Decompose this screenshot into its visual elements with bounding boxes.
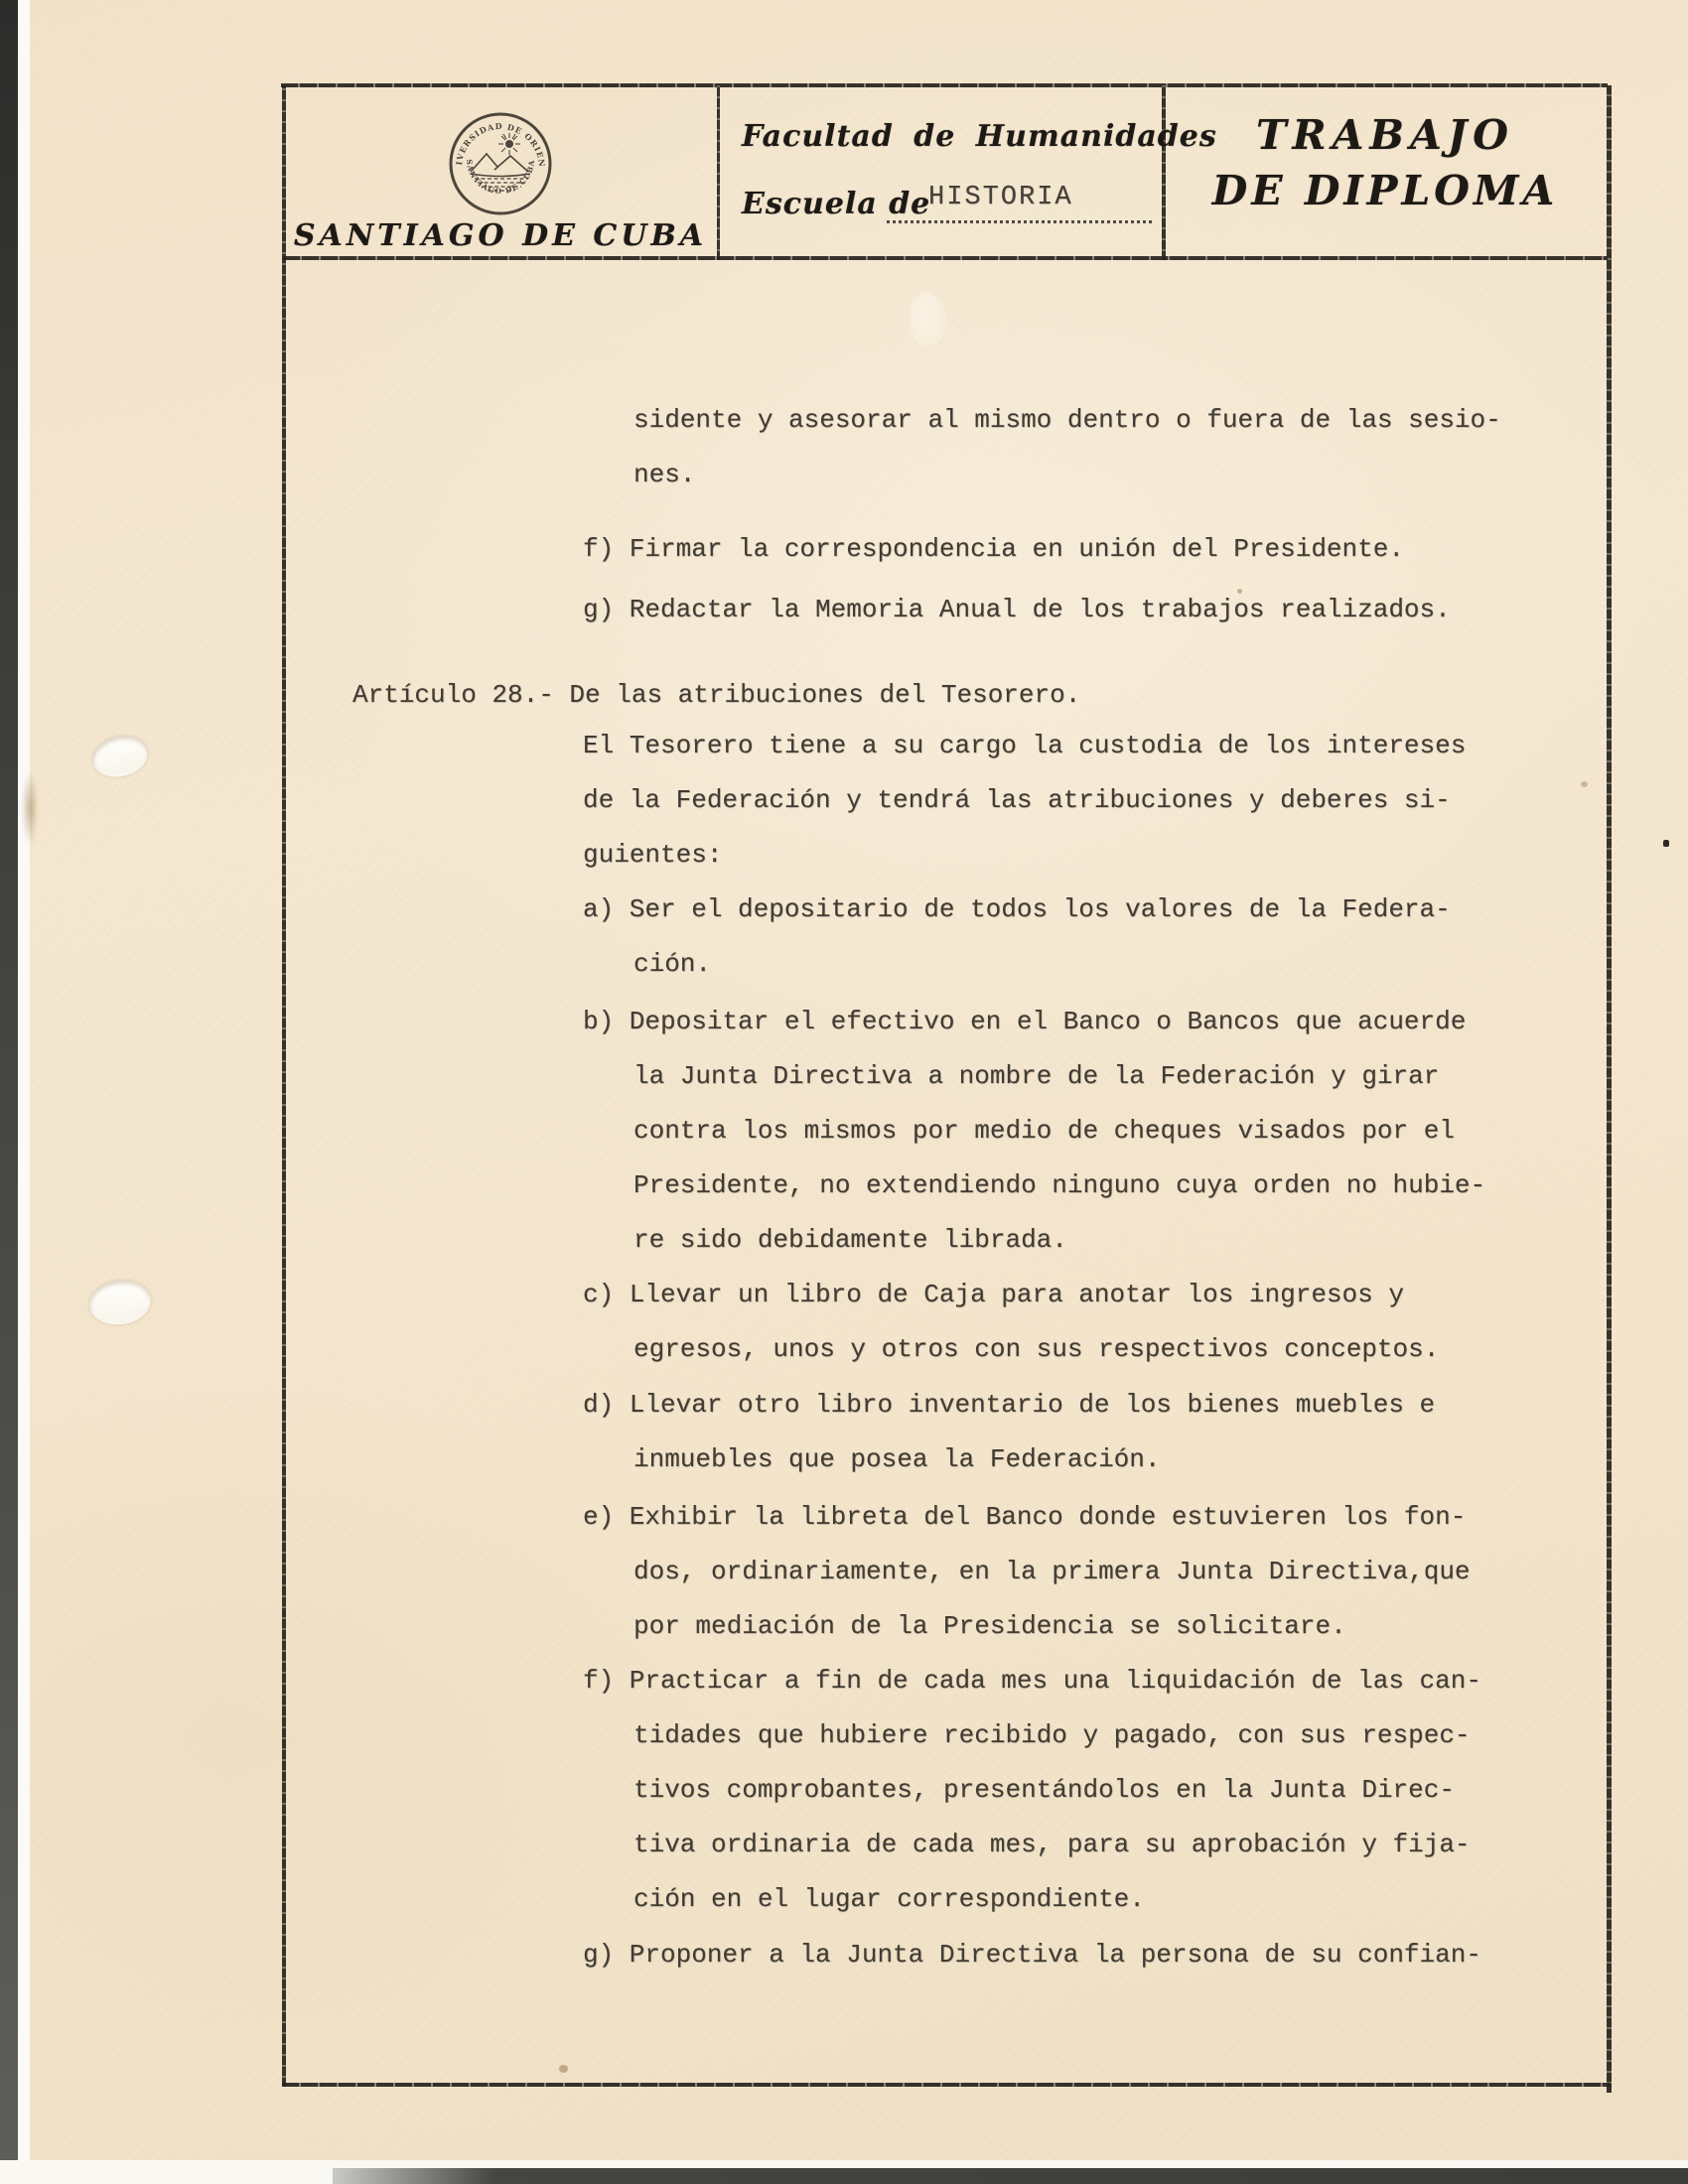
typed-line: b) Depositar el efectivo en el Banco o B… <box>352 995 1604 1049</box>
faculty-line: Facultad de Humanidades <box>742 119 1217 154</box>
university-seal-stamp: UNIVERSIDAD DE ORIENTE SANTIAGO DE CUBA <box>439 102 562 225</box>
whiteout-smudge <box>912 294 943 343</box>
typed-line: f) Firmar la correspondencia en unión de… <box>352 522 1604 577</box>
border-bottom <box>282 2083 1611 2087</box>
typed-lines: sidente y asesorar al mismo dentro o fue… <box>352 393 1604 1982</box>
typed-line: d) Llevar otro libro inventario de los b… <box>352 1378 1604 1433</box>
typed-line: egresos, unos y otros con sus respectivo… <box>352 1322 1604 1377</box>
doc-type-line-2: DE DIPLOMA <box>1163 167 1608 214</box>
typed-line: Presidente, no extendiendo ninguno cuya … <box>352 1159 1604 1213</box>
typed-line: f) Practicar a fin de cada mes una liqui… <box>352 1654 1604 1708</box>
scanned-page: UNIVERSIDAD DE ORIENTE SANTIAGO DE CUBA <box>0 0 1688 2184</box>
edge-stain <box>22 769 38 847</box>
typed-line: re sido debidamente librada. <box>352 1213 1604 1268</box>
typed-line: tidades que hubiere recibido y pagado, c… <box>352 1708 1604 1763</box>
paper-speck-3 <box>1237 589 1242 594</box>
doc-type-line-1: TRABAJO <box>1163 111 1608 159</box>
typed-line: Artículo 28.- De las atribuciones del Te… <box>352 668 1604 723</box>
typed-line: a) Ser el depositario de todos los valor… <box>352 883 1604 937</box>
scan-edge-left-gap <box>18 0 30 2184</box>
typed-line: c) Llevar un libro de Caja para anotar l… <box>352 1268 1604 1322</box>
typed-line: tivos comprobantes, presentándolos en la… <box>352 1763 1604 1818</box>
typed-line: g) Proponer a la Junta Directiva la pers… <box>352 1928 1604 1982</box>
typed-line: ción en el lugar correspondiente. <box>352 1872 1604 1927</box>
city-title: SANTIAGO DE CUBA <box>283 218 718 253</box>
typed-line: la Junta Directiva a nombre de la Federa… <box>352 1049 1604 1104</box>
typed-line: tiva ordinaria de cada mes, para su apro… <box>352 1818 1604 1872</box>
header-divider-bottom <box>283 256 1608 260</box>
scan-edge-left <box>0 0 18 2184</box>
typed-line: dos, ordinariamente, en la primera Junta… <box>352 1545 1604 1599</box>
ink-speck <box>1663 840 1669 847</box>
paper-speck-2 <box>559 2065 568 2073</box>
border-top <box>281 83 1608 87</box>
typed-line: de la Federación y tendrá las atribucion… <box>352 773 1604 828</box>
typed-line: guientes: <box>352 828 1604 883</box>
school-typed-value: HISTORIA <box>928 183 1073 212</box>
border-left <box>282 85 286 2087</box>
border-right <box>1607 85 1612 2093</box>
typed-line: contra los mismos por medio de cheques v… <box>352 1104 1604 1159</box>
typed-line: sidente y asesorar al mismo dentro o fue… <box>352 393 1604 448</box>
typed-line: g) Redactar la Memoria Anual de los trab… <box>352 583 1604 637</box>
typed-line: ción. <box>352 937 1604 992</box>
typed-line: inmuebles que posea la Federación. <box>352 1433 1604 1487</box>
typed-line: El Tesorero tiene a su cargo la custodia… <box>352 719 1604 773</box>
paper-speck-1 <box>1581 781 1588 787</box>
typed-line: por mediación de la Presidencia se solic… <box>352 1599 1604 1654</box>
scan-edge-bottom <box>333 2168 1688 2184</box>
typed-line: nes. <box>352 448 1604 502</box>
typed-line: e) Exhibir la libreta del Banco donde es… <box>352 1490 1604 1545</box>
